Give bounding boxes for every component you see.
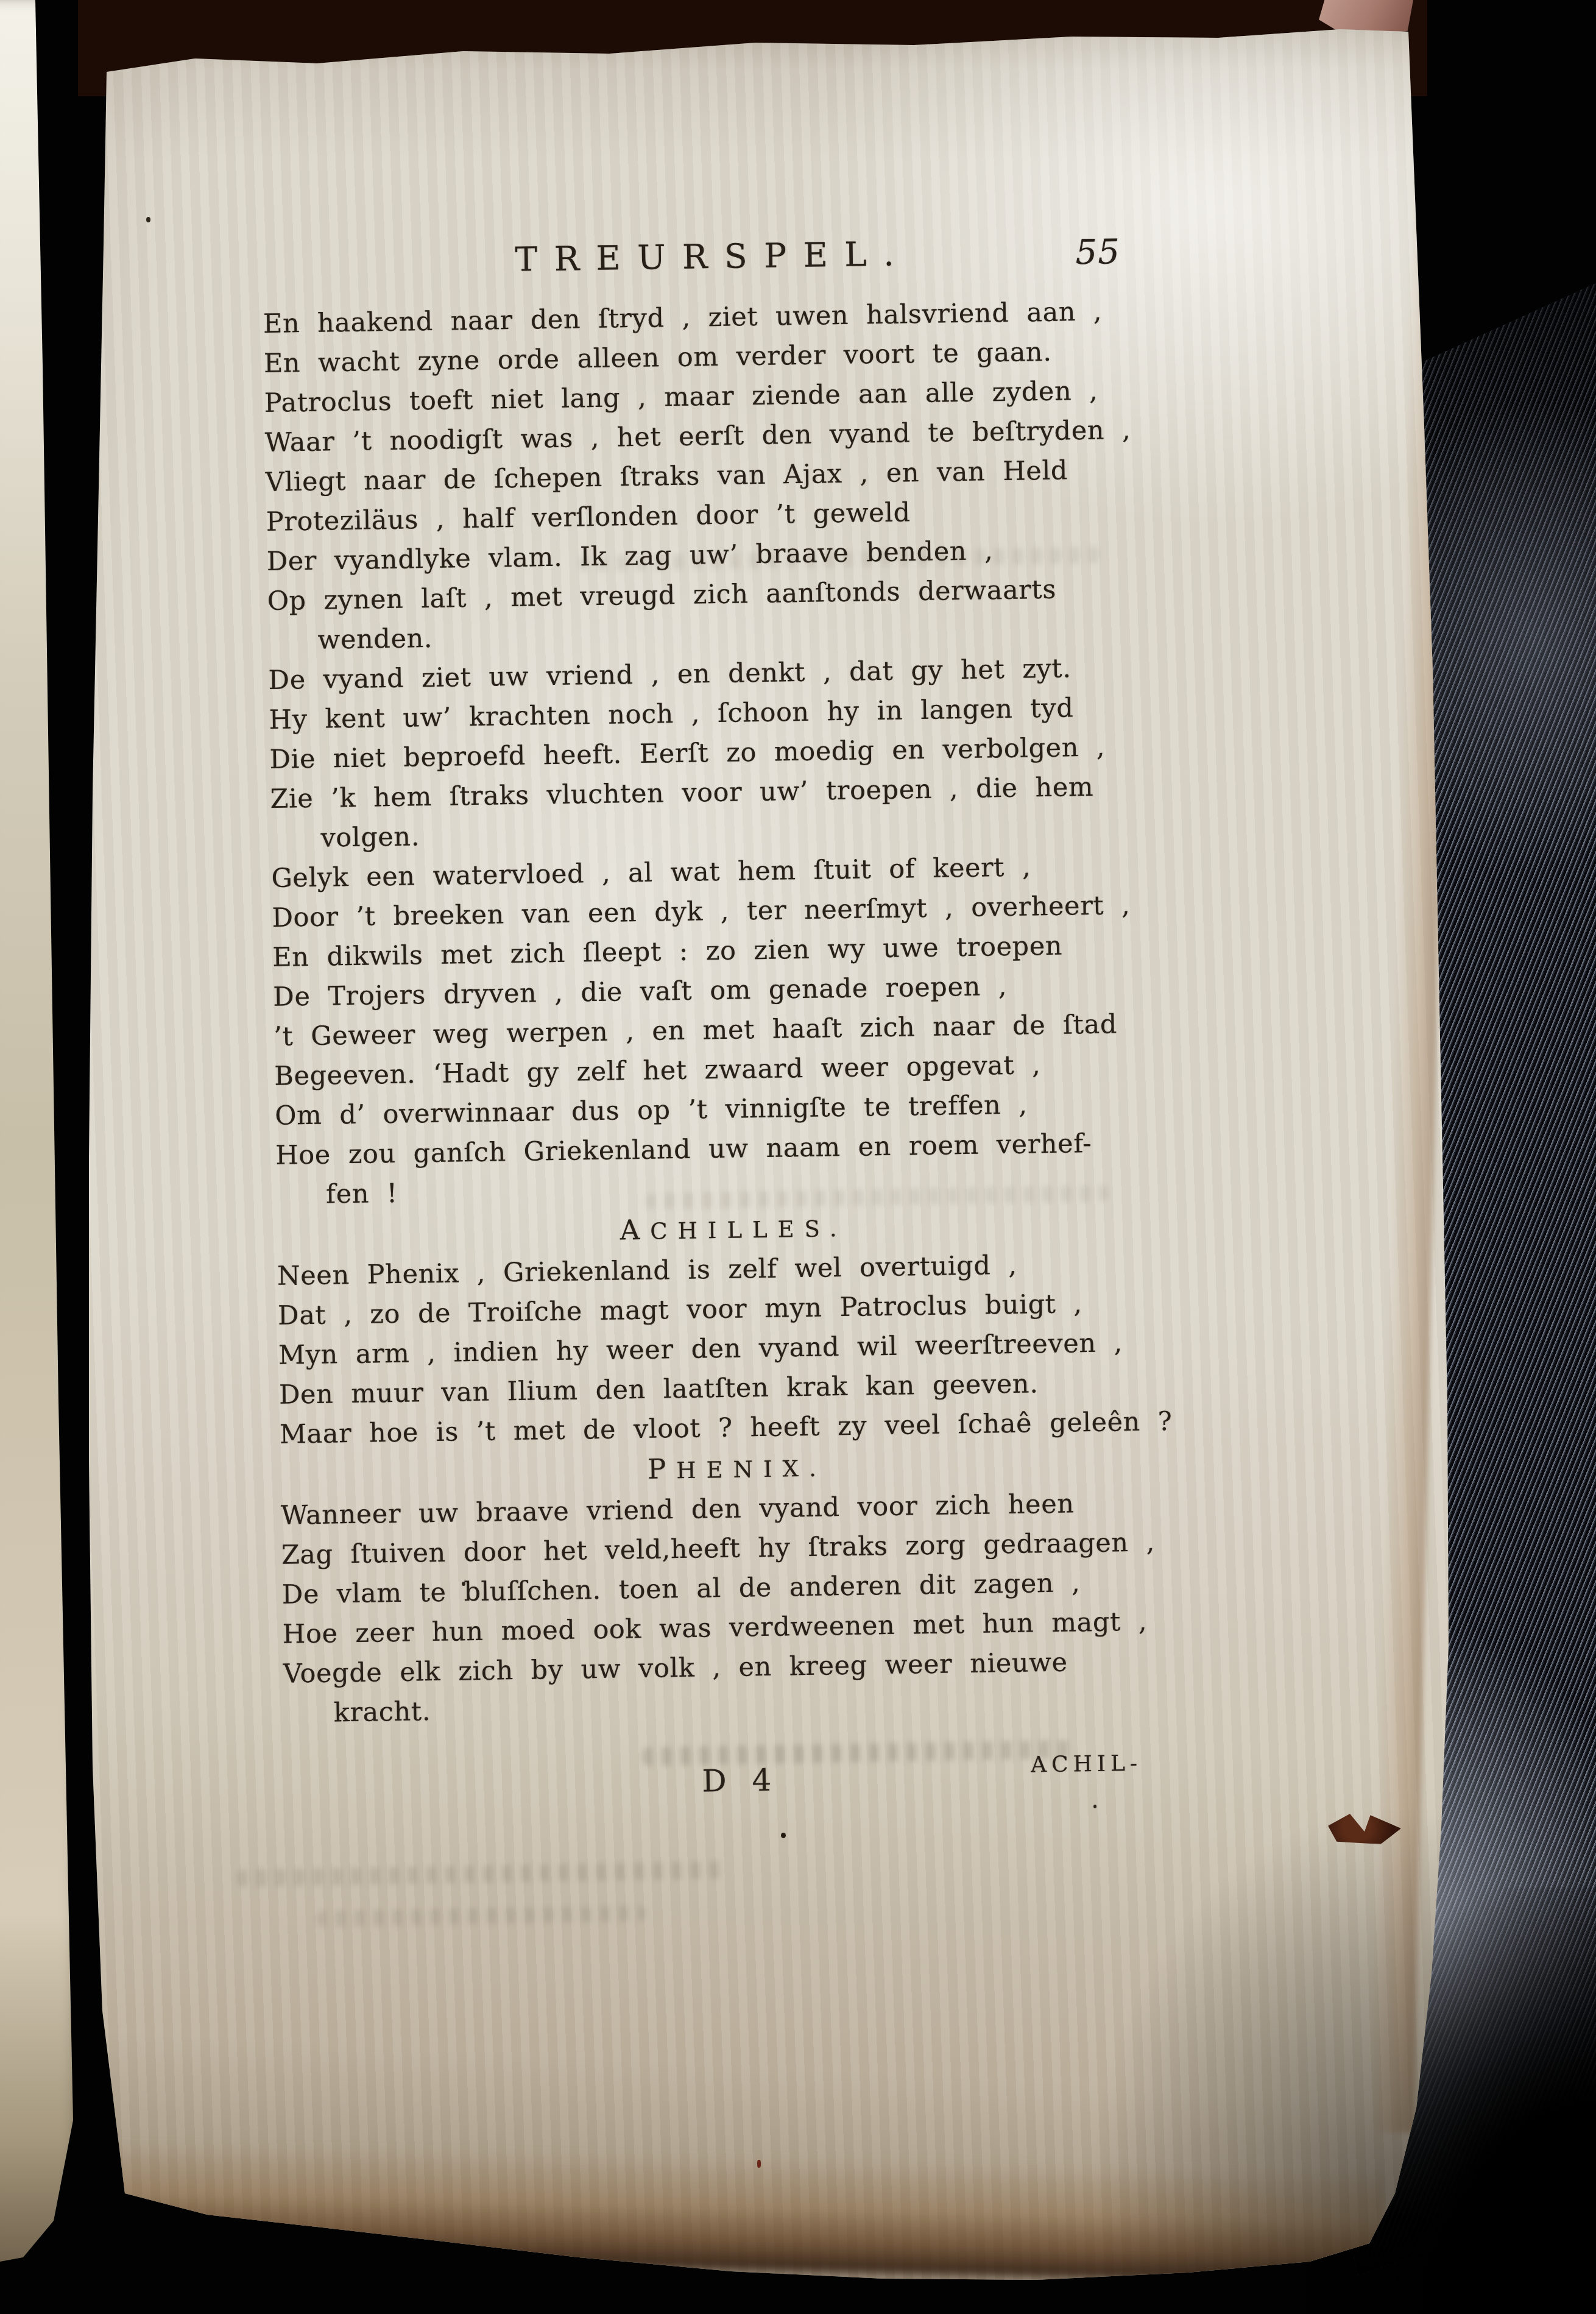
ink-speck (146, 217, 150, 222)
book-photograph: TREURSPEL. 55 En haakend naar den ſtryd … (0, 0, 1596, 2314)
verse-block: En haakend naar den ſtryd , ziet uwen ha… (263, 291, 1198, 1734)
signature-mark: D 4 (702, 1763, 780, 1799)
running-header: TREURSPEL. (262, 230, 1164, 283)
facing-page-fore-edge (0, 0, 85, 2279)
ink-speck (781, 1833, 786, 1838)
catchword: ACHIL- (1031, 1751, 1142, 1778)
book-page: TREURSPEL. 55 En haakend naar den ſtryd … (0, 0, 1596, 2314)
show-through-smudge (317, 1905, 646, 1927)
ink-speck (757, 2160, 761, 2168)
printed-text-layer: TREURSPEL. 55 En haakend naar den ſtryd … (262, 230, 1176, 244)
running-header-row: TREURSPEL. 55 (262, 230, 1164, 299)
page-number: 55 (1075, 232, 1120, 272)
show-through-smudge (238, 1861, 725, 1887)
